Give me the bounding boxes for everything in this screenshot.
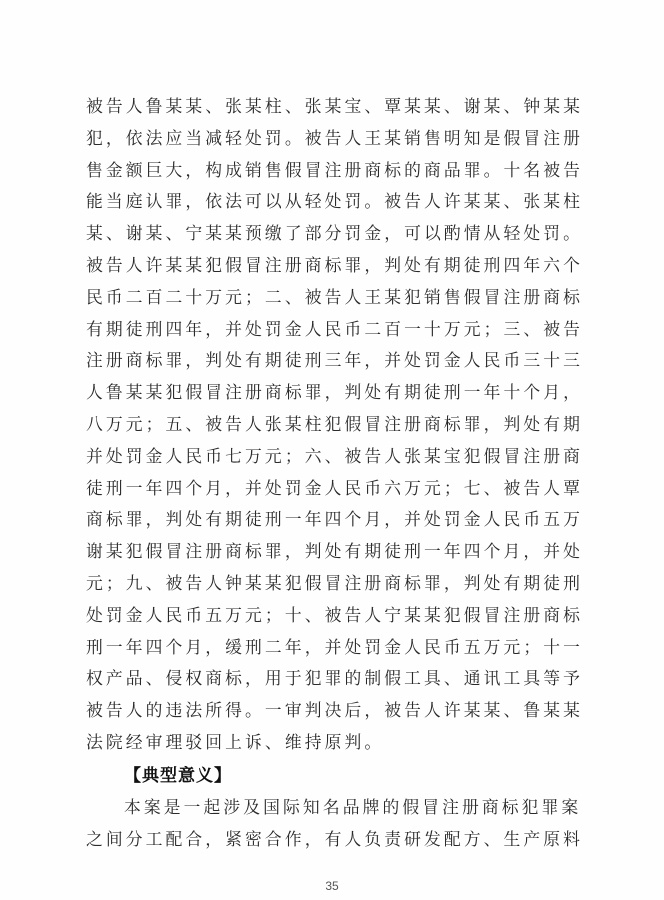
text-line: 权产品、侵权商标，用于犯罪的制假工具、通讯工具等予以没收，追缴各: [86, 666, 580, 690]
text-line: 被告人鲁某某、张某柱、张某宝、覃某某、谢某、钟某某、宁某某均系从: [86, 94, 580, 118]
document-page: 被告人鲁某某、张某柱、张某宝、覃某某、谢某、钟某某、宁某某均系从犯，依法应当减轻…: [0, 0, 664, 900]
text-line: 徒刑一年四个月，并处罚金人民币六万元；七、被告人覃某某犯假冒注册: [86, 476, 580, 500]
text-line: 八万元；五、被告人张某柱犯假冒注册商标罪，判处有期徒刑一年四个月，: [86, 412, 580, 436]
text-line: 人鲁某某犯假冒注册商标罪，判处有期徒刑一年十个月，并处罚金人民币: [86, 380, 580, 404]
text-line: 法院经审理驳回上诉、维持原判。: [86, 730, 580, 754]
section-heading-typical-significance: 【典型意义】: [124, 764, 232, 788]
page-number: 35: [0, 879, 664, 893]
text-line: 售金额巨大，构成销售假冒注册商标的商品罪。十名被告人均系坦白，并: [86, 158, 580, 182]
text-line: 刑一年四个月，缓刑二年，并处罚金人民币五万元；十一、查扣在案的侵: [86, 635, 580, 659]
text-line: 本案是一起涉及国际知名品牌的假冒注册商标犯罪案件，各被告人: [124, 795, 580, 819]
text-line: 某、谢某、宁某某预缴了部分罚金，可以酌情从轻处罚。据此判决：一、: [86, 221, 580, 245]
text-line: 并处罚金人民币七万元；六、被告人张某宝犯假冒注册商标罪，判处有期: [86, 444, 580, 468]
text-line: 处罚金人民币五万元；十、被告人宁某某犯假冒注册商标罪，判处有期徒: [86, 603, 580, 627]
text-line: 被告人的违法所得。一审判决后，被告人许某某、鲁某某提出上诉，二审: [86, 698, 580, 722]
text-line: 民币二百二十万元；二、被告人王某犯销售假冒注册商标的商品罪，判处: [86, 285, 580, 309]
text-line: 能当庭认罪，依法可以从轻处罚。被告人许某某、张某柱、张某宝、覃某: [86, 189, 580, 213]
text-line: 谢某犯假冒注册商标罪，判处有期徒刑一年四个月，并处罚金人民币五万: [86, 539, 580, 563]
text-line: 商标罪，判处有期徒刑一年四个月，并处罚金人民币五万元；八、被告人: [86, 507, 580, 531]
text-line: 之间分工配合，紧密合作，有人负责研发配方、生产原料，有人负责制造: [86, 827, 580, 851]
text-line: 被告人许某某犯假冒注册商标罪，判处有期徒刑四年六个月，并处罚金人: [86, 253, 580, 277]
text-line: 注册商标罪，判处有期徒刑三年，并处罚金人民币三十三万元；四、被告: [86, 348, 580, 372]
text-line: 有期徒刑四年，并处罚金人民币二百一十万元；三、被告人黄某某犯假冒: [86, 317, 580, 341]
text-line: 犯，依法应当减轻处罚。被告人王某销售明知是假冒注册商标的商品，销: [86, 126, 580, 150]
text-line: 元；九、被告人钟某某犯假冒注册商标罪，判处有期徒刑一年四个月，并: [86, 571, 580, 595]
